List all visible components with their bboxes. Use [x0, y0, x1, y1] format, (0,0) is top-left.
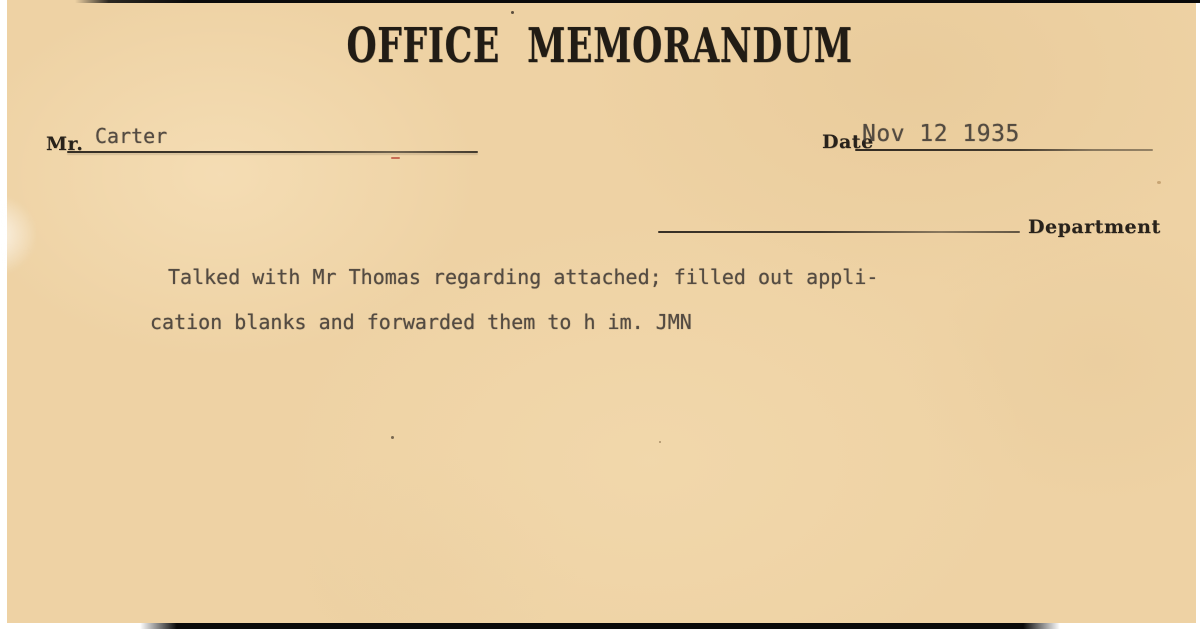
- scan-light-streak: [0, 195, 35, 275]
- memo-title: OFFICE MEMORANDUM: [347, 22, 853, 70]
- date-field-value: Nov 12 1935: [862, 121, 1020, 149]
- scan-edge-top: [75, 0, 1200, 3]
- memo-header: OFFICE MEMORANDUM: [12, 22, 1188, 70]
- department-field-underline: [658, 231, 1020, 233]
- date-field-underline: [855, 149, 1153, 151]
- scan-canvas: { "memo": { "title": "OFFICE MEMORANDUM"…: [0, 0, 1200, 629]
- paper-speck: [1157, 181, 1161, 184]
- department-field-label: Department: [1028, 218, 1161, 237]
- scan-edge-bottom: [140, 623, 1060, 629]
- memo-body-line: Talked with Mr Thomas regarding attached…: [168, 265, 878, 289]
- mr-field-underline: [67, 151, 478, 153]
- mr-field-value: Carter: [95, 124, 167, 148]
- paper-speck: [391, 157, 400, 159]
- memo-body-line: cation blanks and forwarded them to h im…: [150, 310, 692, 334]
- paper-speck: [659, 441, 661, 443]
- paper-speck: [511, 11, 514, 14]
- paper-speck: [391, 436, 394, 439]
